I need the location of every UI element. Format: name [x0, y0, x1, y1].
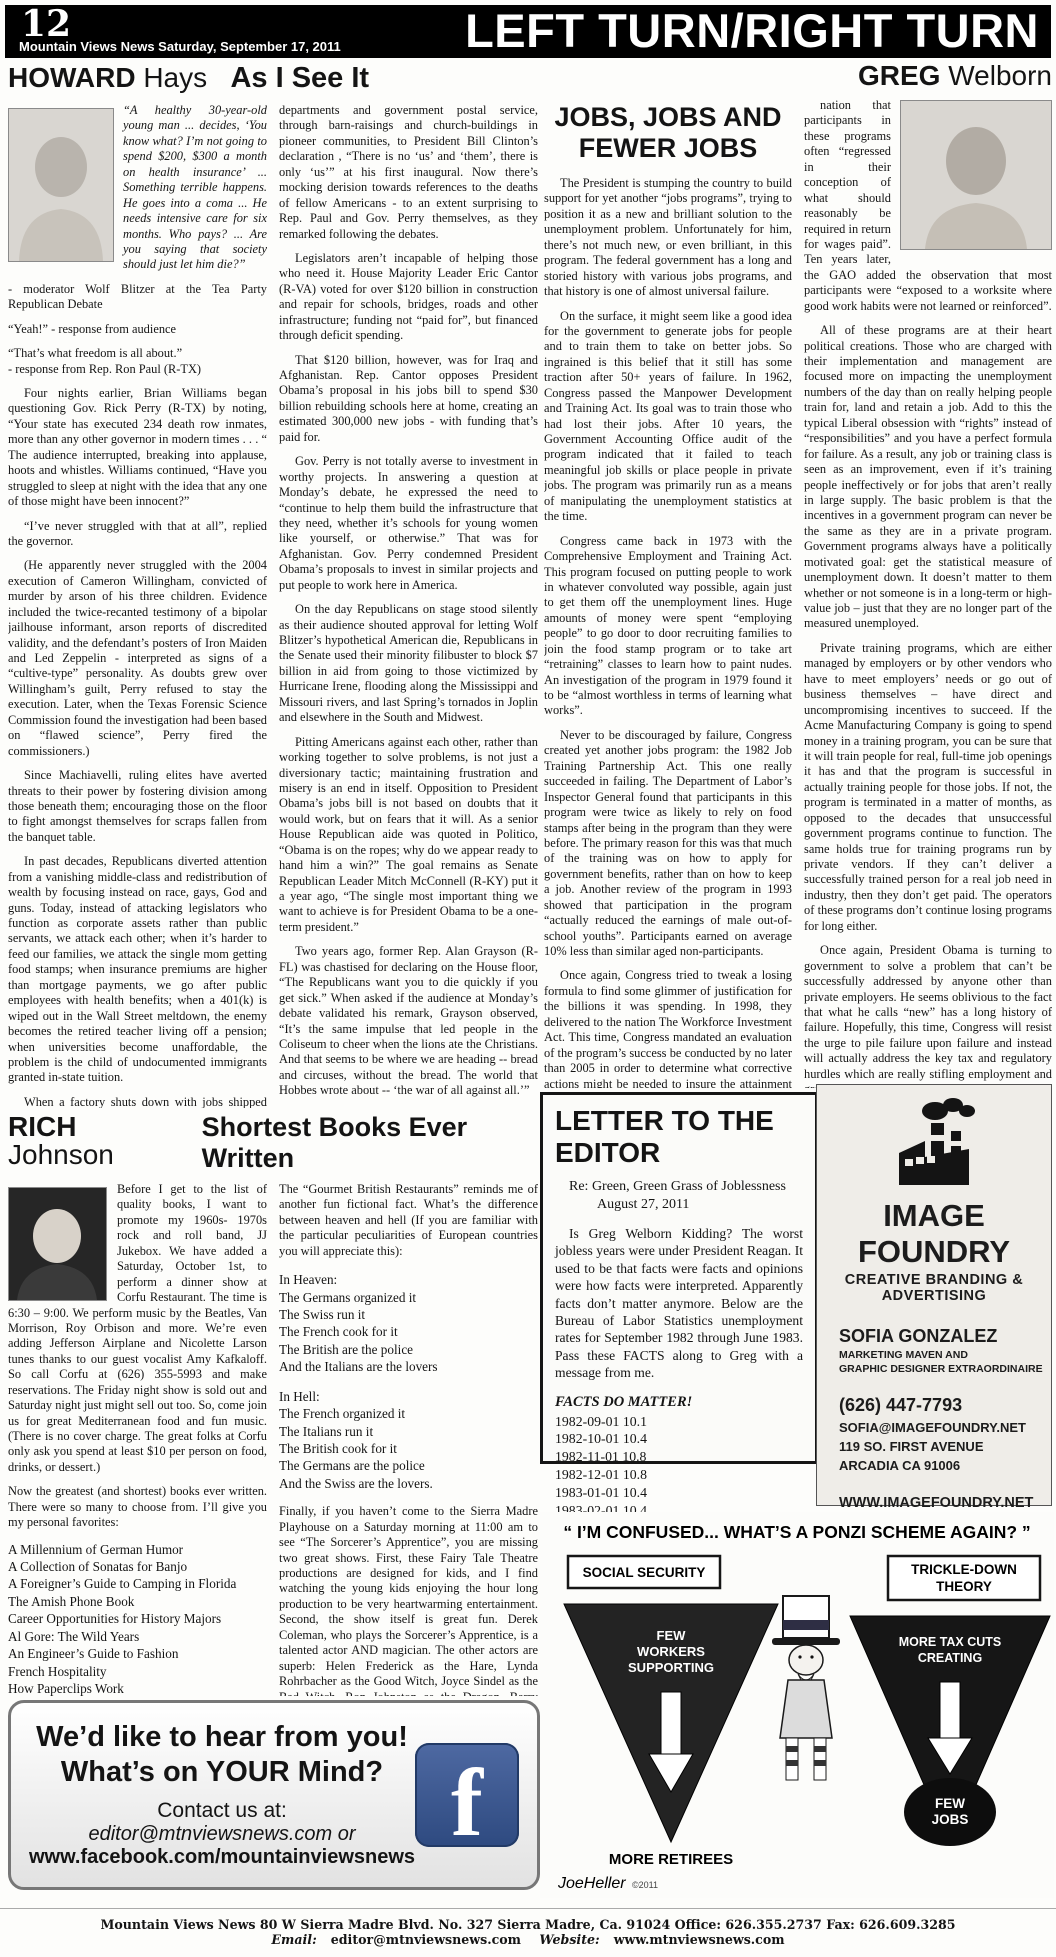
portrait-silhouette-icon — [9, 121, 113, 261]
editorial-cartoon: “ I’M CONFUSED... WHAT’S A PONZI SCHEME … — [540, 1512, 1054, 1898]
hays-byline: HOWARD Hays As I See It — [8, 62, 538, 95]
list-item: A Foreigner’s Guide to Camping in Florid… — [8, 1575, 267, 1592]
byline-last: Hays — [143, 62, 207, 93]
paragraph: Legislators aren’t incapable of helping … — [279, 251, 538, 344]
welborn-columns: JOBS, JOBS AND FEWER JOBS The President … — [544, 98, 1052, 1088]
list-item: The Italians run it — [279, 1423, 538, 1440]
factory-icon — [869, 1097, 999, 1189]
welborn-byline: GREG Welborn — [544, 62, 1052, 90]
list-item: 1982-12-01 10.8 — [555, 1466, 803, 1484]
greg-welborn-photo — [900, 100, 1052, 250]
paragraph: When a factory shuts down with jobs ship… — [8, 1095, 267, 1108]
list-item: And the Swiss are the lovers. — [279, 1475, 538, 1492]
list-item: The French cook for it — [279, 1323, 538, 1340]
few-jobs-label: JOBS — [932, 1812, 969, 1827]
paragraph: Congress came back in 1973 with the Comp… — [544, 534, 792, 719]
johnson-article: RICH Johnson Shortest Books Ever Written… — [8, 1112, 538, 1696]
ad-address2: ARCADIA CA 91006 — [839, 1458, 1043, 1473]
list-item: How Paperclips Work — [8, 1680, 267, 1696]
paragraph: Gov. Perry is not totally averse to inve… — [279, 454, 538, 593]
hays-col2: departments and government postal servic… — [279, 103, 538, 1108]
contact-line3: Contact us at: — [29, 1799, 415, 1823]
list-item: The Swiss run it — [279, 1306, 538, 1323]
contact-email: editor@mtnviewsnews.com or — [29, 1823, 415, 1846]
paragraph: In past decades, Republicans diverted at… — [8, 854, 267, 1086]
contact-line1: We’d like to hear from you! — [29, 1721, 415, 1754]
footer-text: Mountain Views News 80 W Sierra Madre Bl… — [100, 1917, 955, 1932]
ad-role-line2: GRAPHIC DESIGNER EXTRAORDINAIRE — [839, 1363, 1043, 1375]
column-title: As I See It — [230, 62, 369, 94]
list-item: The Germans organized it — [279, 1289, 538, 1306]
paragraph: “Yeah!” - response from audience — [8, 322, 267, 337]
letter-date-line: August 27, 2011 — [597, 1197, 803, 1213]
ad-address1: 119 SO. FIRST AVENUE — [839, 1439, 1043, 1454]
list-item: An Engineer’s Guide to Fashion — [8, 1645, 267, 1662]
paragraph: On the surface, it might seem like a goo… — [544, 309, 792, 525]
book-list: A Millennium of German HumorA Collection… — [8, 1541, 267, 1696]
facts-title: FACTS DO MATTER! — [555, 1394, 803, 1411]
newspaper-page: 12 Mountain Views News Saturday, Septemb… — [0, 0, 1056, 1957]
triangle-label: MORE TAX CUTS — [899, 1635, 1002, 1649]
triangle-label: WORKERS — [637, 1644, 705, 1659]
list-item: A Collection of Sonatas for Banjo — [8, 1558, 267, 1575]
trickle-label: THEORY — [936, 1579, 992, 1594]
list-item: The British cook for it — [279, 1440, 538, 1457]
hays-col1: “A healthy 30-year-old young man ... dec… — [8, 103, 267, 1108]
cartoonist-signature: JoeHeller — [557, 1875, 626, 1892]
list-item: And the Italians are the lovers — [279, 1358, 538, 1375]
triangle-label: FEW — [657, 1628, 687, 1643]
letter-body: Is Greg Welborn Kidding? The worst joble… — [555, 1225, 803, 1382]
welborn-article: GREG Welborn JOBS, JOBS AND FEWER JOBS T… — [544, 62, 1052, 1088]
ad-info: SOFIA GONZALEZ MARKETING MAVEN AND GRAPH… — [839, 1326, 1043, 1511]
paragraph: Once again, President Obama is turning t… — [804, 943, 1052, 1088]
welborn-col2: nation that participants in these progra… — [804, 98, 1052, 1088]
facebook-icon: f — [415, 1743, 519, 1847]
paragraph: Pitting Americans against each other, ra… — [279, 735, 538, 936]
footer-email-label: Email: — [271, 1932, 316, 1947]
list-item: Al Gore: The Wild Years — [8, 1628, 267, 1645]
letter-re-line: Re: Green, Green Grass of Joblessness — [569, 1179, 803, 1195]
ad-contact-name: SOFIA GONZALEZ — [839, 1326, 1043, 1347]
letter-title: LETTER TO THE EDITOR — [555, 1105, 803, 1169]
paragraph: - moderator Wolf Blitzer at the Tea Part… — [8, 282, 267, 313]
image-foundry-ad: IMAGE FOUNDRY CREATIVE BRANDING & ADVERT… — [816, 1084, 1052, 1506]
contact-text: We’d like to hear from you! What’s on YO… — [29, 1721, 415, 1869]
paragraph: Once again, Congress tried to tweak a lo… — [544, 968, 792, 1088]
few-jobs-label: FEW — [935, 1796, 965, 1811]
paragraph: departments and government postal servic… — [279, 103, 538, 242]
uncle-sam-figure — [772, 1596, 840, 1780]
heaven-list: The Germans organized itThe Swiss run it… — [279, 1289, 538, 1376]
list-item: The Amish Phone Book — [8, 1593, 267, 1610]
paragraph: “I’ve never struggled with that at all”,… — [8, 519, 267, 550]
heaven-heading: In Heaven: — [279, 1271, 538, 1288]
ad-brand: IMAGE FOUNDRY — [825, 1198, 1043, 1270]
johnson-col2: The “Gourmet British Restaurants” remind… — [279, 1182, 538, 1696]
paragraph: Since Machiavelli, ruling elites have av… — [8, 768, 267, 845]
paragraph: That $120 billion, however, was for Iraq… — [279, 353, 538, 446]
paragraph: Private training programs, which are eit… — [804, 641, 1052, 934]
johnson-col1: Before I get to the list of quality book… — [8, 1182, 267, 1696]
letter-to-editor: LETTER TO THE EDITOR Re: Green, Green Gr… — [540, 1092, 818, 1464]
paragraph: “That’s what freedom is all about.” - re… — [8, 346, 267, 377]
byline-first: HOWARD — [8, 62, 136, 93]
masthead-text: Mountain Views News Saturday, September … — [19, 39, 341, 54]
cartoon-caption: “ I’M CONFUSED... WHAT’S A PONZI SCHEME … — [563, 1522, 1030, 1542]
paragraph: Never to be discouraged by failure, Cong… — [544, 728, 792, 960]
list-item: 1982-10-01 10.4 — [555, 1430, 803, 1448]
paragraph: Four nights earlier, Brian Williams bega… — [8, 386, 267, 510]
trickle-label: TRICKLE-DOWN — [911, 1562, 1017, 1577]
page-footer: Mountain Views News 80 W Sierra Madre Bl… — [0, 1908, 1056, 1947]
list-item: 1982-09-01 10.1 — [555, 1413, 803, 1431]
hell-heading: In Hell: — [279, 1388, 538, 1405]
welborn-col1: JOBS, JOBS AND FEWER JOBS The President … — [544, 98, 792, 1088]
list-item: 1982-11-01 10.8 — [555, 1448, 803, 1466]
ad-phone: (626) 447-7793 — [839, 1395, 1043, 1416]
contact-facebook-url: www.facebook.com/mountainviewsnews — [29, 1846, 415, 1869]
hell-list: The French organized itThe Italians run … — [279, 1405, 538, 1492]
ad-role-line1: MARKETING MAVEN AND — [839, 1349, 1043, 1361]
paragraph: The President is stumping the country to… — [544, 176, 792, 300]
ad-tagline: CREATIVE BRANDING & ADVERTISING — [825, 1272, 1043, 1304]
paragraph: Finally, if you haven’t come to the Sier… — [279, 1504, 538, 1696]
page-title: LEFT TURN/RIGHT TURN — [465, 3, 1039, 58]
list-item: A Millennium of German Humor — [8, 1541, 267, 1558]
list-item: 1983-01-01 10.4 — [555, 1484, 803, 1502]
footer-email: editor@mtnviewsnews.com — [331, 1932, 521, 1947]
ad-website: WWW.IMAGEFOUNDRY.NET — [839, 1495, 1043, 1511]
rich-johnson-photo — [8, 1187, 107, 1301]
portrait-silhouette-icon — [9, 1200, 106, 1300]
paragraph: On the day Republicans on stage stood si… — [279, 602, 538, 726]
paragraph: (He apparently never struggled with the … — [8, 558, 267, 759]
contact-line2: What’s on YOUR Mind? — [29, 1756, 415, 1789]
list-item: The British are the police — [279, 1341, 538, 1358]
byline-last: Welborn — [948, 62, 1052, 91]
social-security-group: SOCIAL SECURITY FEW WORKERS SUPPORTING M… — [564, 1556, 778, 1868]
article-headline: Shortest Books Ever Written — [202, 1112, 538, 1174]
more-retirees-label: MORE RETIREES — [609, 1851, 733, 1868]
byline-last: Johnson — [8, 1139, 114, 1170]
byline-first: GREG — [858, 62, 940, 91]
johnson-byline: RICH Johnson — [8, 1113, 176, 1169]
list-item: Career Opportunities for History Majors — [8, 1610, 267, 1627]
footer-website: www.mtnviewsnews.com — [614, 1932, 785, 1947]
article-headline: JOBS, JOBS AND FEWER JOBS — [544, 102, 792, 164]
paragraph: The “Gourmet British Restaurants” remind… — [279, 1182, 538, 1259]
triangle-label: SUPPORTING — [628, 1660, 714, 1675]
contact-box: We’d like to hear from you! What’s on YO… — [8, 1700, 540, 1890]
hays-columns: “A healthy 30-year-old young man ... dec… — [8, 103, 538, 1108]
footer-website-label: Website: — [539, 1932, 599, 1947]
ad-email: SOFIA@IMAGEFOUNDRY.NET — [839, 1420, 1043, 1435]
list-item: The Germans are the police — [279, 1457, 538, 1474]
triangle-label: CREATING — [918, 1651, 982, 1665]
johnson-columns: Before I get to the list of quality book… — [8, 1182, 538, 1696]
social-security-label: SOCIAL SECURITY — [583, 1565, 706, 1580]
paragraph: All of these programs are at their heart… — [804, 323, 1052, 632]
paragraph: Two years ago, former Rep. Alan Grayson … — [279, 944, 538, 1098]
trickle-down-group: TRICKLE-DOWN THEORY MORE TAX CUTS CREATI… — [850, 1556, 1050, 1846]
masthead-bar: 12 Mountain Views News Saturday, Septemb… — [5, 5, 1051, 58]
hays-article: HOWARD Hays As I See It “A healthy 30-ye… — [8, 62, 538, 1108]
list-item: The French organized it — [279, 1405, 538, 1422]
cartoon-drawing: “ I’M CONFUSED... WHAT’S A PONZI SCHEME … — [540, 1512, 1054, 1898]
paragraph: Now the greatest (and shortest) books ev… — [8, 1484, 267, 1530]
cartoon-copyright: ©2011 — [632, 1880, 658, 1890]
portrait-silhouette-icon — [901, 113, 1051, 249]
list-item: French Hospitality — [8, 1663, 267, 1680]
howard-hays-photo — [8, 108, 114, 262]
byline-first: RICH — [8, 1112, 76, 1142]
